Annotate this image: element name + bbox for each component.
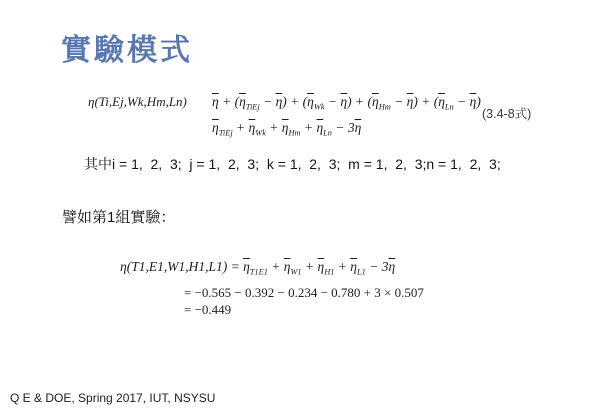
example-eq-line1: η(T1,E1,W1,H1,L1) = ηT1E1 + ηW1 + ηH1 + … [120, 259, 395, 275]
slide-canvas: 實驗模式 η(Ti,Ej,Wk,Hm,Ln) η + (ηTiEj − η) +… [0, 0, 595, 420]
footer-credit-text: Q E & DOE, Spring 2017, IUT, NSYSU [10, 391, 215, 405]
slide-title: 實驗模式 [61, 25, 193, 69]
equation-rhs: η + (ηTiEj − η) + (ηWk − η) + (ηHm − η) … [212, 89, 481, 141]
equation-lhs: η(Ti,Ej,Wk,Hm,Ln) [88, 94, 187, 110]
equation-number-label: (3.4-8式) [482, 104, 531, 122]
example-intro-text: 譬如第1組實驗： [62, 206, 175, 227]
equation-rhs-line1: η + (ηTiEj − η) + (ηWk − η) + (ηHm − η) … [212, 89, 481, 115]
example-eq-line3: = −0.449 [184, 302, 231, 318]
example-eq-line2: = −0.565 − 0.392 − 0.234 − 0.780 + 3 × 0… [184, 285, 424, 301]
index-ranges-text: 其中i = 1, 2, 3; j = 1, 2, 3; k = 1, 2, 3;… [84, 154, 501, 174]
equation-rhs-line2: ηTiEj + ηWk + ηHm + ηLn − 3η [212, 115, 481, 141]
